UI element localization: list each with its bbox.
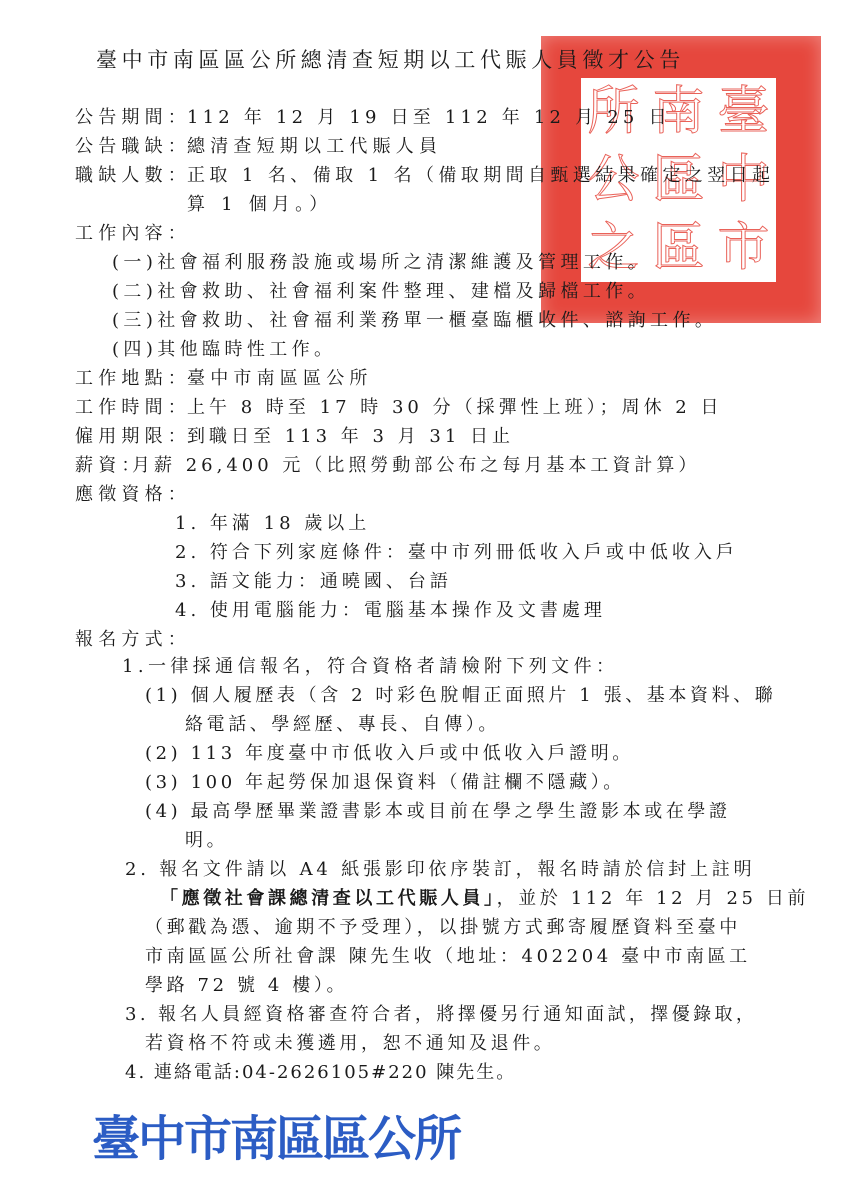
application-document-continued: 明。: [185, 829, 228, 853]
document-body: 臺中市南區區公所總清查短期以工代賑人員徵才公告 公告期間： 112 年 12 月…: [0, 0, 848, 1200]
application-item-3-continued: 若資格不符或未獲遴用，恕不通知及退件。: [145, 1032, 555, 1056]
work-location-label: 工作地點：: [75, 367, 191, 391]
qualification-item: 2. 符合下列家庭條件：臺中市列冊低收入戶或中低收入戶: [175, 541, 738, 565]
deadline-text: ，並於 112 年 12 月 25 日前: [497, 888, 810, 909]
application-document: (4) 最高學歷畢業證書影本或目前在學之學生證影本或在學證: [145, 800, 731, 824]
application-item-2-line-3: （郵戳為憑、逾期不予受理），以掛號方式郵寄履歷資料至臺中: [145, 916, 741, 940]
qualification-item: 1. 年滿 18 歲以上: [175, 512, 370, 536]
application-item-2: 2. 報名文件請以 A4 紙張影印依序裝訂，報名時請於信封上註明: [125, 858, 755, 882]
application-item-2-line-2: 「應徵社會課總清查以工代賑人員」，並於 112 年 12 月 25 日前: [160, 887, 809, 911]
work-hours-value: 上午 8 時至 17 時 30 分（採彈性上班）；周休 2 日: [187, 396, 723, 420]
headcount-label: 職缺人數：: [75, 164, 191, 188]
application-item-2-line-5: 學路 72 號 4 樓）。: [145, 974, 348, 998]
announcement-period-value: 112 年 12 月 19 日至 112 年 12 月 25 日: [187, 106, 671, 130]
job-content-item: (三)社會救助、社會福利業務單一櫃臺臨櫃收件、諮詢工作。: [112, 309, 717, 333]
employment-period-value: 到職日至 113 年 3 月 31 日止: [187, 425, 514, 449]
contact-phone: 4. 連絡電話:04-2626105#220 陳先生。: [125, 1061, 516, 1085]
application-item-1: 1.一律採通信報名，符合資格者請檢附下列文件：: [122, 655, 618, 679]
headcount-value-continued: 算 1 個月。）: [187, 193, 333, 217]
application-item-3: 3. 報名人員經資格審查符合者，將擇優另行通知面試，擇優錄取，: [125, 1003, 757, 1027]
job-content-item: (二)社會救助、社會福利案件整理、建檔及歸檔工作。: [112, 280, 650, 304]
application-item-2-line-4: 市南區區公所社會課 陳先生收（地址：402204 臺中市南區工: [145, 945, 751, 969]
announcement-period-label: 公告期間：: [75, 106, 191, 130]
work-location-value: 臺中市南區區公所: [187, 367, 373, 391]
work-hours-label: 工作時間：: [75, 396, 191, 420]
qualification-item: 3. 語文能力：通曉國、台語: [175, 570, 452, 594]
application-label: 報名方式：: [75, 628, 191, 652]
headcount-value: 正取 1 名、備取 1 名（備取期間自甄選結果確定之翌日起: [187, 164, 774, 188]
job-content-item: (一)社會福利服務設施或場所之清潔維護及管理工作。: [112, 251, 650, 275]
position-value: 總清查短期以工代賑人員: [187, 135, 442, 159]
salary-value: 月薪 26,400 元（比照勞動部公布之每月基本工資計算）: [132, 454, 700, 478]
application-document: (2) 113 年度臺中市低收入戶或中低收入戶證明。: [145, 742, 634, 766]
application-document: (3) 100 年起勞保加退保資料（備註欄不隱藏）。: [145, 771, 625, 795]
application-document: (1) 個人履歷表（含 2 吋彩色脫帽正面照片 1 張、基本資料、聯: [145, 684, 776, 708]
job-content-item: (四)其他臨時性工作。: [112, 338, 336, 362]
application-document-continued: 絡電話、學經歷、專長、自傳）。: [185, 713, 500, 737]
document-title: 臺中市南區區公所總清查短期以工代賑人員徵才公告: [96, 44, 685, 74]
employment-period-label: 僱用期限：: [75, 425, 191, 449]
position-label: 公告職缺：: [75, 135, 191, 159]
qualifications-label: 應徵資格：: [75, 483, 191, 507]
qualification-item: 4. 使用電腦能力：電腦基本操作及文書處理: [175, 599, 606, 623]
job-content-label: 工作內容：: [75, 222, 191, 246]
envelope-note-emphasis: 「應徵社會課總清查以工代賑人員」: [160, 888, 497, 909]
